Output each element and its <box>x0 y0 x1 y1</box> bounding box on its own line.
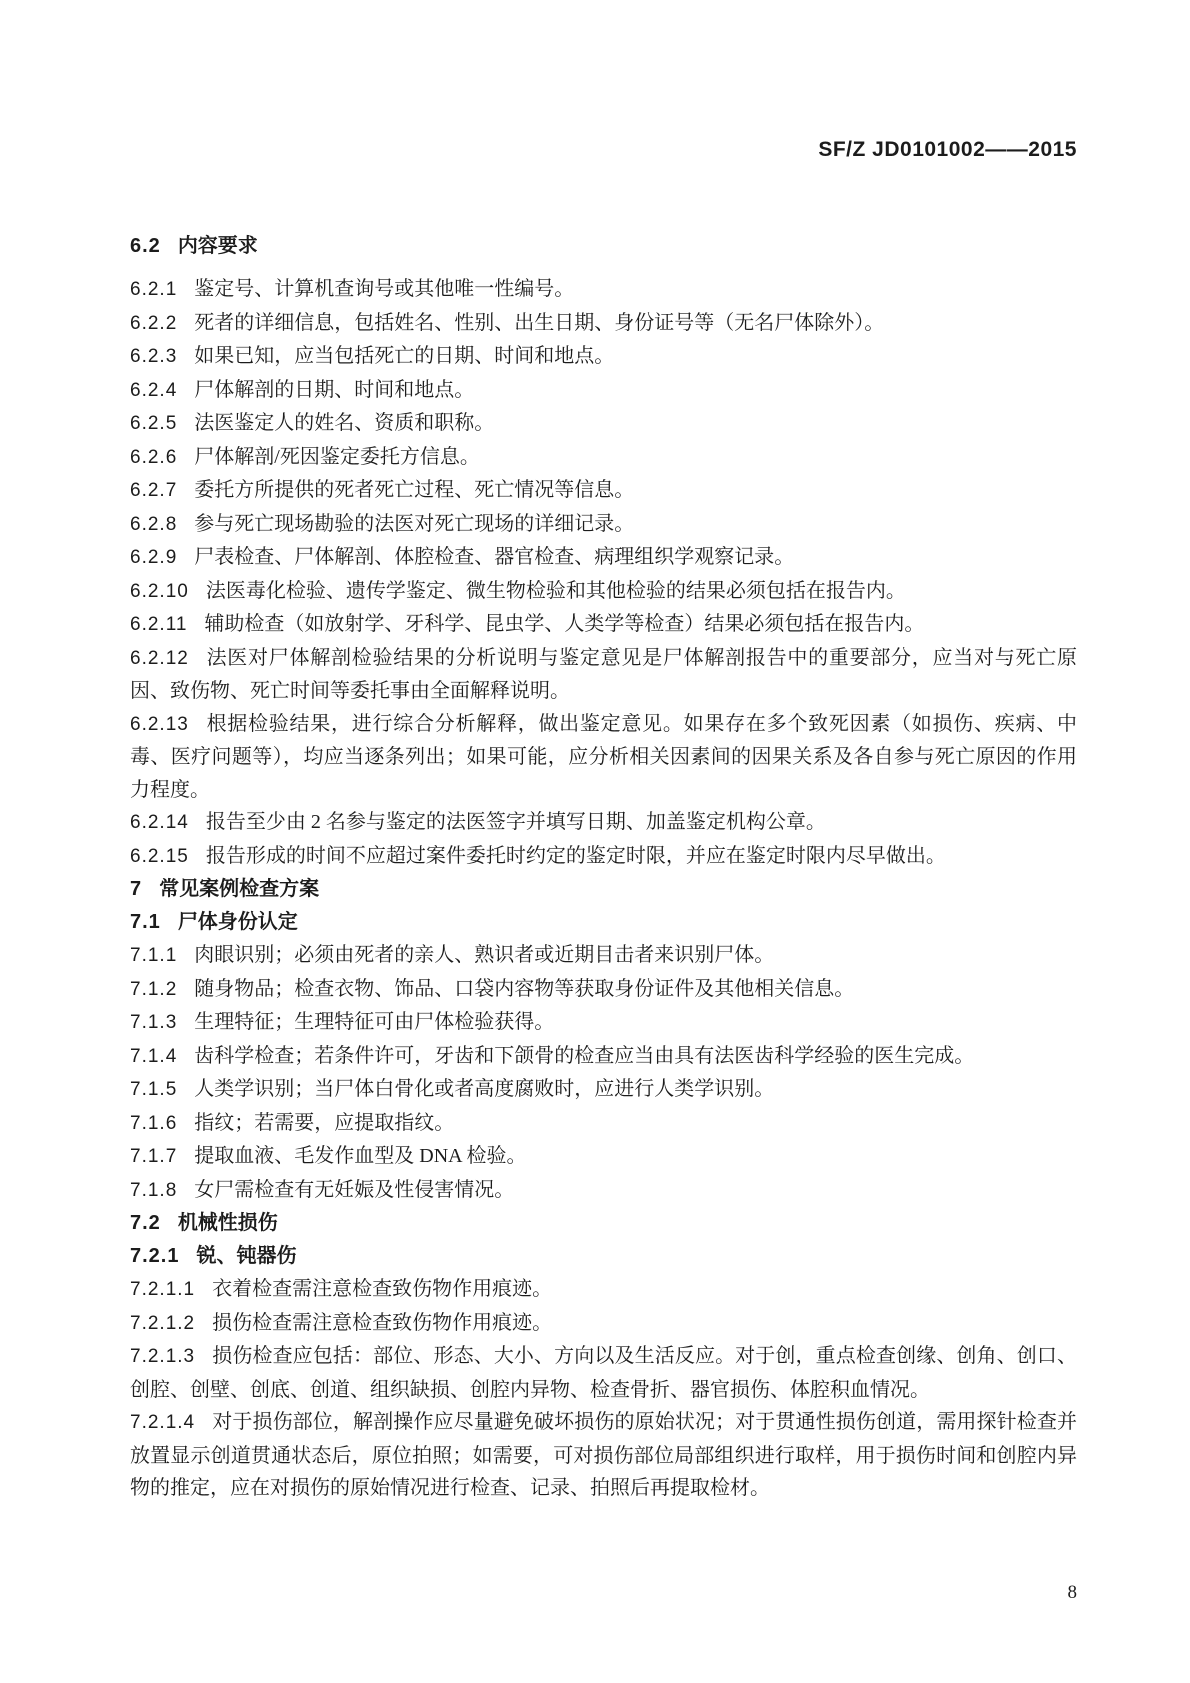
clause-text: 衣着检查需注意检查致伤物作用痕迹。 <box>212 1278 552 1300</box>
clause-number: 7.1.5 <box>130 1079 177 1100</box>
clause-number: 6.2.9 <box>130 547 177 568</box>
clause-number: 6.2.15 <box>130 846 189 867</box>
clause-item: 7.2.1.3损伤检查应包括：部位、形态、大小、方向以及生活反应。对于创，重点检… <box>130 1340 1077 1406</box>
clause-number: 7.1 <box>130 911 161 933</box>
clause-text: 对于损伤部位，解剖操作应尽量避免破坏损伤的原始状况；对于贯通性损伤创道，需用探针… <box>130 1411 1077 1499</box>
clause-number: 6.2.1 <box>130 279 177 300</box>
clause-text: 人类学识别；当尸体白骨化或者高度腐败时，应进行人类学识别。 <box>194 1078 774 1100</box>
page-number: 8 <box>1068 1582 1078 1604</box>
section-heading: 7.2.1锐、钝器伤 <box>130 1240 1077 1273</box>
clause-item: 7.1.8女尸需检查有无妊娠及性侵害情况。 <box>130 1174 1077 1208</box>
clause-number: 7.2.1 <box>130 1245 179 1267</box>
clause-item: 7.1.5人类学识别；当尸体白骨化或者高度腐败时，应进行人类学识别。 <box>130 1073 1077 1107</box>
clause-item: 6.2.9尸表检查、尸体解剖、体腔检查、器官检查、病理组织学观察记录。 <box>130 541 1077 575</box>
section-heading: 7.1尸体身份认定 <box>130 906 1077 939</box>
clause-number: 6.2.6 <box>130 447 177 468</box>
clause-item: 7.1.1肉眼识别；必须由死者的亲人、熟识者或近期目击者来识别尸体。 <box>130 939 1077 973</box>
clause-number: 6.2.13 <box>130 714 189 735</box>
clause-number: 7 <box>130 878 142 900</box>
clause-text: 尸表检查、尸体解剖、体腔检查、器官检查、病理组织学观察记录。 <box>194 546 794 568</box>
clause-text: 尸体身份认定 <box>178 911 298 933</box>
clause-text: 法医鉴定人的姓名、资质和职称。 <box>194 412 494 434</box>
clause-text: 参与死亡现场勘验的法医对死亡现场的详细记录。 <box>194 513 634 535</box>
clause-item: 7.1.6指纹；若需要，应提取指纹。 <box>130 1107 1077 1141</box>
clause-item: 6.2.3如果已知，应当包括死亡的日期、时间和地点。 <box>130 340 1077 374</box>
clause-number: 6.2.5 <box>130 413 177 434</box>
clause-number: 7.1.4 <box>130 1046 177 1067</box>
clause-number: 6.2 <box>130 235 161 257</box>
clause-number: 6.2.11 <box>130 614 187 635</box>
clause-number: 6.2.2 <box>130 313 177 334</box>
clause-text: 损伤检查需注意检查致伤物作用痕迹。 <box>212 1312 552 1334</box>
clause-item: 6.2.1鉴定号、计算机查询号或其他唯一性编号。 <box>130 273 1077 307</box>
clause-item: 6.2.6尸体解剖/死因鉴定委托方信息。 <box>130 441 1077 475</box>
clause-text: 指纹；若需要，应提取指纹。 <box>194 1112 454 1134</box>
clause-item: 7.2.1.2损伤检查需注意检查致伤物作用痕迹。 <box>130 1307 1077 1341</box>
clause-number: 6.2.4 <box>130 380 177 401</box>
clause-text: 鉴定号、计算机查询号或其他唯一性编号。 <box>194 278 574 300</box>
clause-number: 6.2.8 <box>130 514 177 535</box>
clause-text: 损伤检查应包括：部位、形态、大小、方向以及生活反应。对于创，重点检查创缘、创角、… <box>130 1345 1077 1401</box>
clause-text: 随身物品；检查衣物、饰品、口袋内容物等获取身份证件及其他相关信息。 <box>194 978 854 1000</box>
clause-number: 6.2.12 <box>130 648 189 669</box>
section-heading: 7.2机械性损伤 <box>130 1207 1077 1240</box>
clause-text: 根据检验结果，进行综合分析解释，做出鉴定意见。如果存在多个致死因素（如损伤、疾病… <box>130 713 1077 801</box>
clause-item: 6.2.11辅助检查（如放射学、牙科学、昆虫学、人类学等检查）结果必须包括在报告… <box>130 608 1077 642</box>
clause-item: 6.2.14报告至少由 2 名参与鉴定的法医签字并填写日期、加盖鉴定机构公章。 <box>130 806 1077 840</box>
clause-number: 7.2 <box>130 1212 161 1234</box>
document-page: SF/Z JD0101002——2015 6.2内容要求6.2.1鉴定号、计算机… <box>0 0 1190 1683</box>
clause-text: 肉眼识别；必须由死者的亲人、熟识者或近期目击者来识别尸体。 <box>194 944 774 966</box>
clause-item: 6.2.7委托方所提供的死者死亡过程、死亡情况等信息。 <box>130 474 1077 508</box>
clause-number: 7.2.1.3 <box>130 1346 195 1367</box>
clause-text: 如果已知，应当包括死亡的日期、时间和地点。 <box>194 345 614 367</box>
clause-item: 7.1.4齿科学检查；若条件许可，牙齿和下颌骨的检查应当由具有法医齿科学经验的医… <box>130 1040 1077 1074</box>
clause-item: 6.2.8参与死亡现场勘验的法医对死亡现场的详细记录。 <box>130 508 1077 542</box>
clause-text: 内容要求 <box>178 235 258 257</box>
clause-text: 法医毒化检验、遗传学鉴定、微生物检验和其他检验的结果必须包括在报告内。 <box>206 580 906 602</box>
clause-text: 女尸需检查有无妊娠及性侵害情况。 <box>194 1179 514 1201</box>
clause-number: 7.1.6 <box>130 1113 177 1134</box>
clause-text: 锐、钝器伤 <box>196 1245 296 1267</box>
clause-number: 7.1.2 <box>130 979 177 1000</box>
clause-number: 7.2.1.2 <box>130 1313 195 1334</box>
clause-item: 7.1.3生理特征；生理特征可由尸体检验获得。 <box>130 1006 1077 1040</box>
clause-number: 6.2.3 <box>130 346 177 367</box>
clause-number: 7.1.3 <box>130 1012 177 1033</box>
clause-item: 6.2.2死者的详细信息，包括姓名、性别、出生日期、身份证号等（无名尸体除外）。 <box>130 307 1077 341</box>
clause-item: 7.1.2随身物品；检查衣物、饰品、口袋内容物等获取身份证件及其他相关信息。 <box>130 973 1077 1007</box>
clause-text: 报告至少由 2 名参与鉴定的法医签字并填写日期、加盖鉴定机构公章。 <box>206 811 826 833</box>
clause-number: 7.2.1.4 <box>130 1412 195 1433</box>
clause-text: 报告形成的时间不应超过案件委托时约定的鉴定时限，并应在鉴定时限内尽早做出。 <box>206 845 946 867</box>
section-heading: 6.2内容要求 <box>130 230 1077 263</box>
clause-item: 6.2.15报告形成的时间不应超过案件委托时约定的鉴定时限，并应在鉴定时限内尽早… <box>130 840 1077 874</box>
clause-text: 死者的详细信息，包括姓名、性别、出生日期、身份证号等（无名尸体除外）。 <box>194 312 884 334</box>
clause-item: 6.2.12法医对尸体解剖检验结果的分析说明与鉴定意见是尸体解剖报告中的重要部分… <box>130 642 1077 708</box>
clause-number: 6.2.7 <box>130 480 177 501</box>
clause-number: 7.1.8 <box>130 1180 177 1201</box>
clause-item: 6.2.13根据检验结果，进行综合分析解释，做出鉴定意见。如果存在多个致死因素（… <box>130 708 1077 807</box>
section-heading: 7常见案例检查方案 <box>130 873 1077 906</box>
clause-text: 辅助检查（如放射学、牙科学、昆虫学、人类学等检查）结果必须包括在报告内。 <box>204 613 924 635</box>
clause-number: 7.1.1 <box>130 945 177 966</box>
clause-text: 委托方所提供的死者死亡过程、死亡情况等信息。 <box>194 479 634 501</box>
clause-number: 6.2.14 <box>130 812 189 833</box>
clause-text: 法医对尸体解剖检验结果的分析说明与鉴定意见是尸体解剖报告中的重要部分，应当对与死… <box>130 647 1077 703</box>
clause-text: 机械性损伤 <box>178 1212 278 1234</box>
clause-text: 齿科学检查；若条件许可，牙齿和下颌骨的检查应当由具有法医齿科学经验的医生完成。 <box>194 1045 974 1067</box>
document-body: 6.2内容要求6.2.1鉴定号、计算机查询号或其他唯一性编号。6.2.2死者的详… <box>130 230 1077 1505</box>
clause-text: 生理特征；生理特征可由尸体检验获得。 <box>194 1011 554 1033</box>
clause-text: 尸体解剖的日期、时间和地点。 <box>194 379 474 401</box>
clause-item: 7.2.1.4对于损伤部位，解剖操作应尽量避免破坏损伤的原始状况；对于贯通性损伤… <box>130 1406 1077 1505</box>
clause-text: 提取血液、毛发作血型及 DNA 检验。 <box>194 1145 526 1167</box>
clause-item: 7.1.7提取血液、毛发作血型及 DNA 检验。 <box>130 1140 1077 1174</box>
clause-text: 尸体解剖/死因鉴定委托方信息。 <box>194 446 480 468</box>
doc-code-header: SF/Z JD0101002——2015 <box>818 138 1077 162</box>
clause-number: 6.2.10 <box>130 581 189 602</box>
clause-number: 7.1.7 <box>130 1146 177 1167</box>
clause-item: 6.2.10法医毒化检验、遗传学鉴定、微生物检验和其他检验的结果必须包括在报告内… <box>130 575 1077 609</box>
clause-text: 常见案例检查方案 <box>159 878 319 900</box>
clause-item: 6.2.4尸体解剖的日期、时间和地点。 <box>130 374 1077 408</box>
clause-item: 6.2.5法医鉴定人的姓名、资质和职称。 <box>130 407 1077 441</box>
clause-number: 7.2.1.1 <box>130 1279 195 1300</box>
clause-item: 7.2.1.1衣着检查需注意检查致伤物作用痕迹。 <box>130 1273 1077 1307</box>
